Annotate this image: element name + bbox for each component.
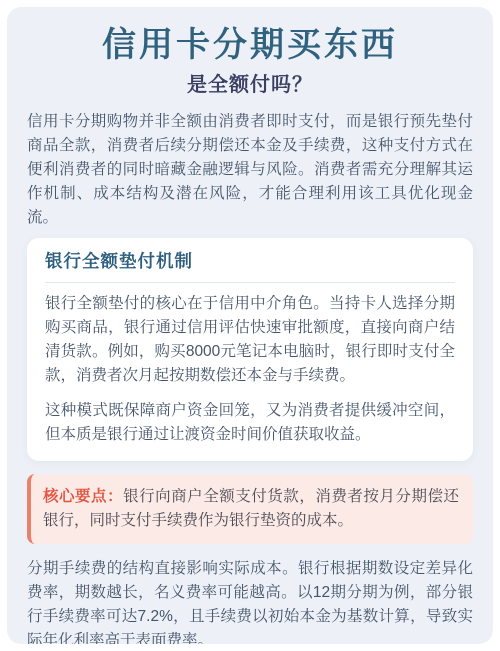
intro-paragraph: 信用卡分期购物并非全额由消费者即时支付，而是银行预先垫付商品全款，消费者后续分期… — [27, 110, 473, 230]
page-subtitle: 是全额付吗？ — [27, 72, 473, 98]
key-point-label: 核心要点： — [43, 488, 123, 505]
outro-paragraph: 分期手续费的结构直接影响实际成本。银行根据期数设定差异化费率，期数越长，名义费率… — [27, 557, 473, 644]
card-divider — [45, 282, 455, 283]
key-point-callout: 核心要点：银行向商户全额支付货款，消费者按月分期偿还银行，同时支付手续费作为银行… — [27, 474, 473, 544]
card-paragraph-2: 这种模式既保障商户资金回笼，又为消费者提供缓冲空间，但本质是银行通过让渡资金时间… — [45, 399, 455, 447]
mechanism-card: 银行全额垫付机制 银行全额垫付的核心在于信用中介角色。当持卡人选择分期购买商品，… — [27, 238, 473, 461]
card-paragraph-1: 银行全额垫付的核心在于信用中介角色。当持卡人选择分期购买商品，银行通过信用评估快… — [45, 292, 455, 388]
card-heading: 银行全额垫付机制 — [45, 250, 455, 274]
infographic-panel: 信用卡分期买东西 是全额付吗？ 信用卡分期购物并非全额由消费者即时支付，而是银行… — [7, 7, 493, 644]
page-title: 信用卡分期买东西 — [27, 25, 473, 65]
